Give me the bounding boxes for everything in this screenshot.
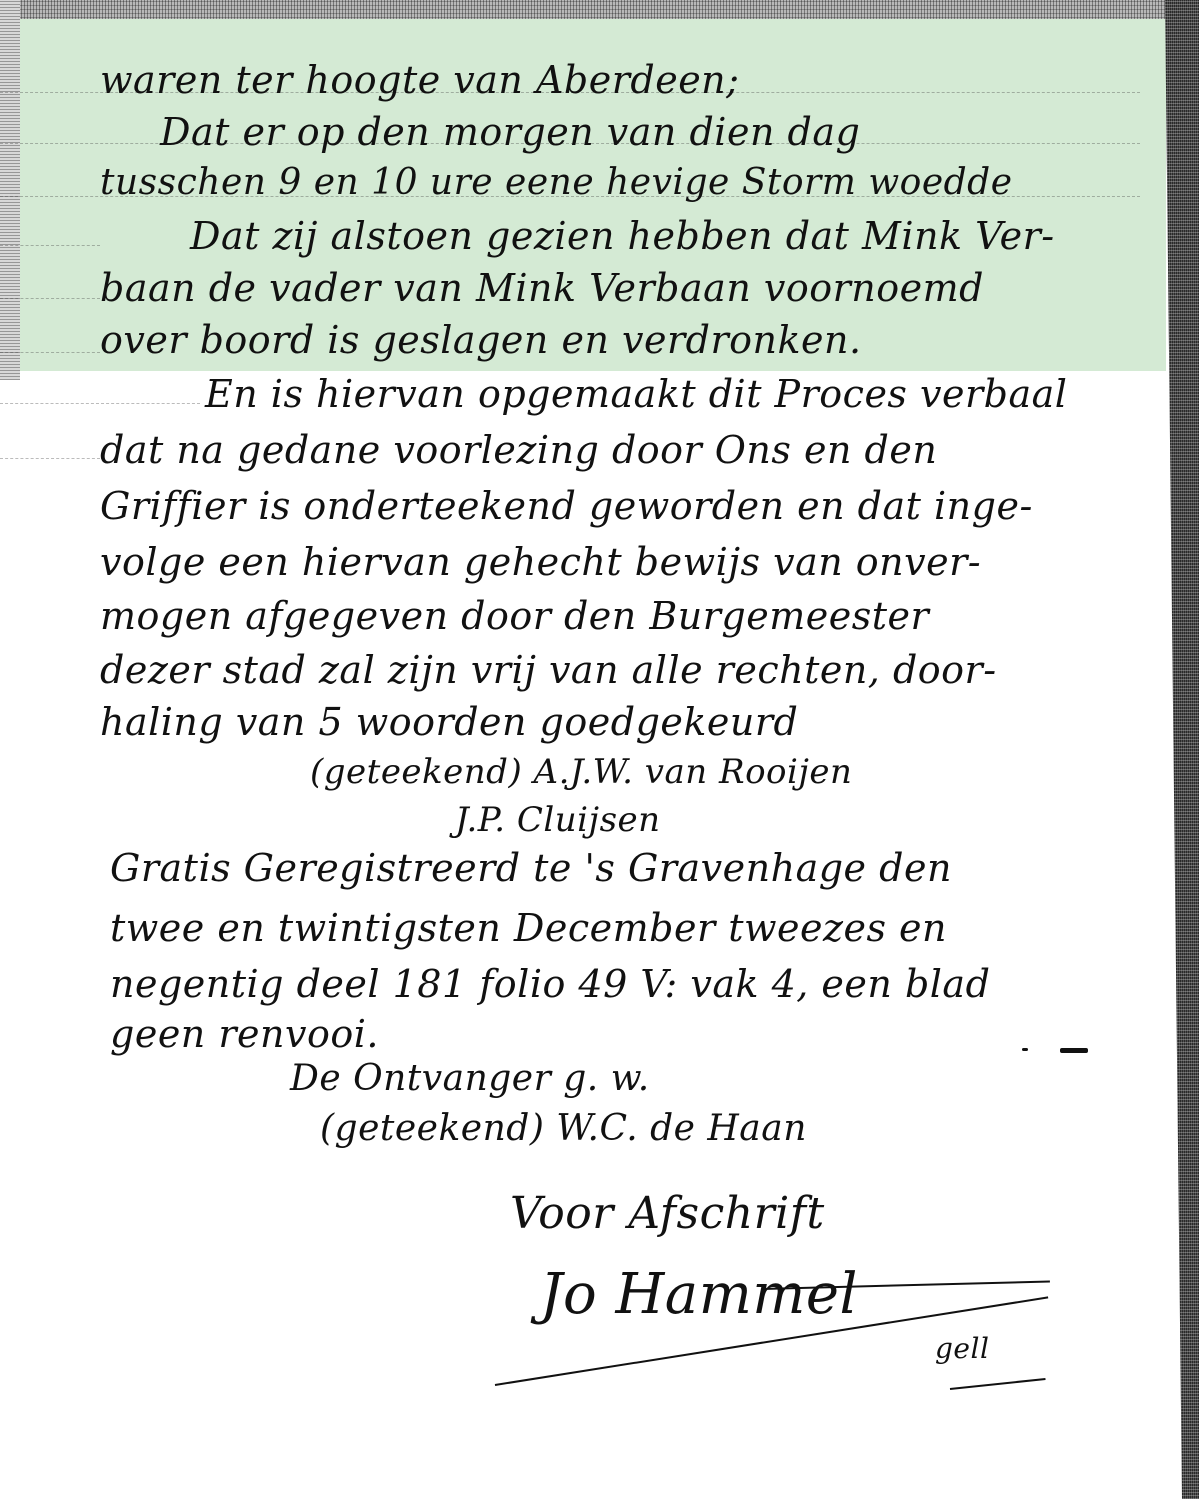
scanned-document-page: waren ter hoogte van Aberdeen; Dat er op… (0, 0, 1199, 1499)
ruled-line (0, 458, 100, 459)
ruled-line (0, 352, 100, 353)
registration-line-2: twee en twintigsten December tweezes en (110, 906, 947, 950)
highlighted-line-4: Dat zij alstoen gezien hebben dat Mink V… (190, 214, 1055, 258)
certification-initials: gell (935, 1332, 989, 1365)
body-line-2: dat na gedane voorlezing door Ons en den (100, 428, 937, 472)
ruled-line (0, 403, 200, 404)
body-line-7: haling van 5 woorden goedgekeurd (100, 700, 798, 744)
highlighted-line-5: baan de vader van Mink Verbaan voornoemd (100, 266, 984, 310)
registration-line-3: negentig deel 181 folio 49 V: vak 4, een… (110, 962, 990, 1006)
signature-cluijsen: J.P. Cluijsen (455, 800, 661, 840)
body-line-5: mogen afgegeven door den Burgemeester (100, 594, 929, 638)
stray-ink-mark (1022, 1048, 1028, 1051)
body-line-4: volge een hiervan gehecht bewijs van onv… (100, 540, 981, 584)
registration-line-1: Gratis Geregistreerd te 's Gravenhage de… (110, 846, 952, 890)
initials-underline (950, 1378, 1046, 1390)
registration-line-4: geen renvooi. (110, 1012, 379, 1056)
highlighted-line-6: over boord is geslagen en verdronken. (100, 318, 862, 362)
ruled-line (0, 298, 100, 299)
highlighted-line-3: tusschen 9 en 10 ure eene hevige Storm w… (100, 162, 1013, 203)
receiver-signature: (geteekend) W.C. de Haan (320, 1108, 807, 1149)
certification-label: Voor Afschrift (510, 1188, 825, 1239)
signature-van-rooijen: (geteekend) A.J.W. van Rooijen (310, 752, 852, 792)
highlighted-line-1: waren ter hoogte van Aberdeen; (100, 58, 739, 102)
scan-noise-left (0, 0, 20, 380)
stray-ink-mark (1060, 1048, 1088, 1053)
ruled-line (0, 245, 100, 246)
receiver-title: De Ontvanger g. w. (290, 1058, 650, 1099)
certification-signature: Jo Hammel (540, 1262, 858, 1327)
scan-binding-edge (1165, 0, 1199, 1499)
highlighted-line-2: Dat er op den morgen van dien dag (160, 110, 860, 154)
body-line-6: dezer stad zal zijn vrij van alle rechte… (100, 648, 997, 692)
body-line-1: En is hiervan opgemaakt dit Proces verba… (205, 372, 1067, 416)
body-line-3: Griffier is onderteekend geworden en dat… (100, 484, 1033, 528)
